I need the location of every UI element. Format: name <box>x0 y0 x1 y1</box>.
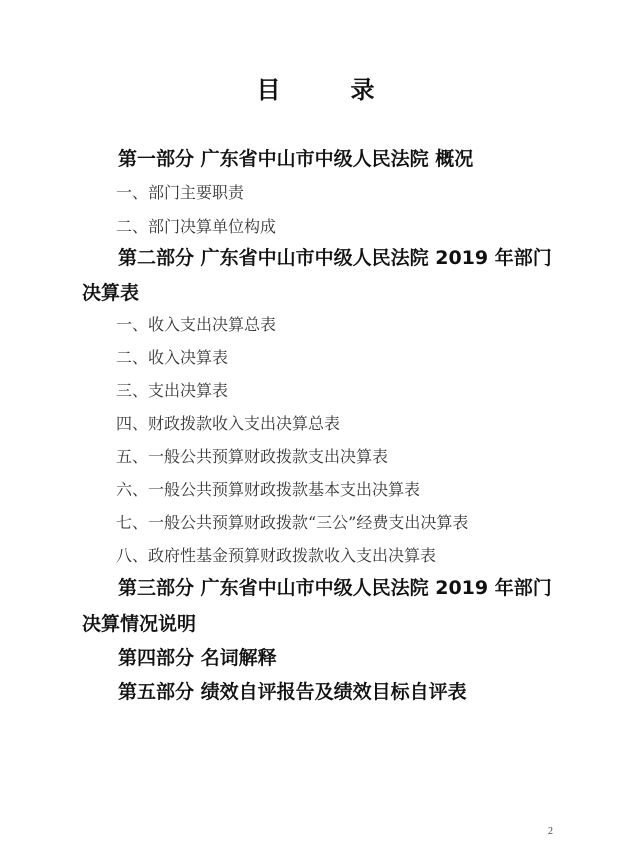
toc-item: 三、支出决算表 <box>116 378 228 401</box>
toc-item: 二、收入决算表 <box>116 345 228 368</box>
toc-part-5: 第五部分 绩效自评报告及绩效目标自评表 <box>118 677 467 704</box>
toc-item: 二、部门决算单位构成 <box>116 214 276 237</box>
toc-item: 一、收入支出决算总表 <box>116 312 276 335</box>
toc-item: 八、政府性基金预算财政拨款收入支出决算表 <box>116 543 436 566</box>
toc-part-2-continued: 决算表 <box>82 278 139 305</box>
toc-item: 五、一般公共预算财政拨款支出决算表 <box>116 444 388 467</box>
toc-item: 一、部门主要职责 <box>116 180 244 203</box>
page-number: 2 <box>548 826 553 837</box>
toc-part-3-continued: 决算情况说明 <box>82 609 196 636</box>
toc-title: 目录 <box>0 70 631 105</box>
toc-part-3: 第三部分 广东省中山市中级人民法院 2019 年部门 <box>118 573 552 600</box>
toc-part-1: 第一部分 广东省中山市中级人民法院 概况 <box>118 144 473 171</box>
toc-item: 七、一般公共预算财政拨款“三公”经费支出决算表 <box>116 510 468 533</box>
title-char-1: 目 <box>257 70 281 105</box>
toc-item: 四、财政拨款收入支出决算总表 <box>116 411 340 434</box>
toc-item: 六、一般公共预算财政拨款基本支出决算表 <box>116 477 420 500</box>
toc-part-2: 第二部分 广东省中山市中级人民法院 2019 年部门 <box>118 243 552 270</box>
toc-part-4: 第四部分 名词解释 <box>118 643 277 670</box>
title-char-2: 录 <box>351 70 375 105</box>
